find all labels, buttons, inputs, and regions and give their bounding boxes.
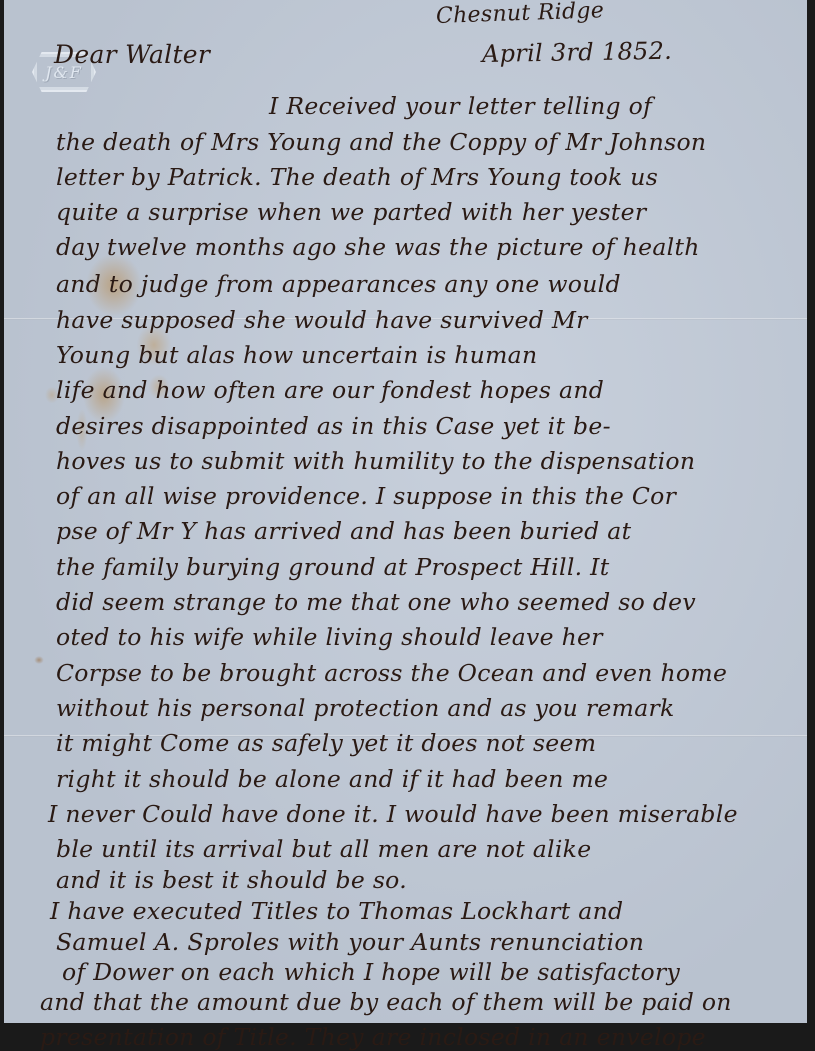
letter-line: and it is best it should be so.: [56, 866, 407, 894]
letter-line: the death of Mrs Young and the Coppy of …: [56, 128, 706, 156]
letter-date: April 3rd 1852.: [482, 37, 673, 68]
letter-line: day twelve months ago she was the pictur…: [56, 233, 700, 261]
letter-line: of an all wise providence. I suppose in …: [56, 482, 676, 510]
letter-line: I never Could have done it. I would have…: [48, 800, 738, 828]
letter-line: it might Come as safely yet it does not …: [56, 729, 596, 757]
letter-line: and to judge from appearances any one wo…: [56, 270, 621, 298]
letter-line: oted to his wife while living should lea…: [56, 623, 603, 651]
letter-line: hoves us to submit with humility to the …: [56, 447, 695, 475]
letter-line: have supposed she would have survived Mr: [56, 306, 588, 334]
letter-line: I have executed Titles to Thomas Lockhar…: [50, 897, 623, 925]
letter-line: without his personal protection and as y…: [56, 694, 675, 722]
letter-line: Samuel A. Sproles with your Aunts renunc…: [56, 928, 644, 956]
letter-line: right it should be alone and if it had b…: [56, 765, 608, 793]
letter-line: and that the amount due by each of them …: [40, 988, 732, 1016]
letter-line: desires disappointed as in this Case yet…: [56, 412, 611, 440]
letter-line: I Received your letter telling of: [269, 92, 652, 120]
letter-line: life and how often are our fondest hopes…: [56, 376, 604, 404]
letter-line: of Dower on each which I hope will be sa…: [62, 958, 680, 986]
letter-line: quite a surprise when we parted with her…: [56, 198, 646, 226]
letter-place: Chesnut Ridge: [436, 0, 605, 29]
letter-line: pse of Mr Y has arrived and has been bur…: [56, 517, 631, 545]
letter-line: ble until its arrival but all men are no…: [56, 835, 591, 863]
letter-line: letter by Patrick. The death of Mrs Youn…: [56, 163, 658, 191]
letter-page: J&F Chesnut Ridge April 3rd 1852. Dear W…: [4, 0, 807, 1023]
letter-salutation: Dear Walter: [54, 40, 210, 69]
letter-line: Young but alas how uncertain is human: [56, 341, 537, 369]
letter-line: the family burying ground at Prospect Hi…: [56, 553, 610, 581]
letter-line: Corpse to be brought across the Ocean an…: [56, 659, 727, 687]
letter-line: did seem strange to me that one who seem…: [56, 588, 696, 616]
